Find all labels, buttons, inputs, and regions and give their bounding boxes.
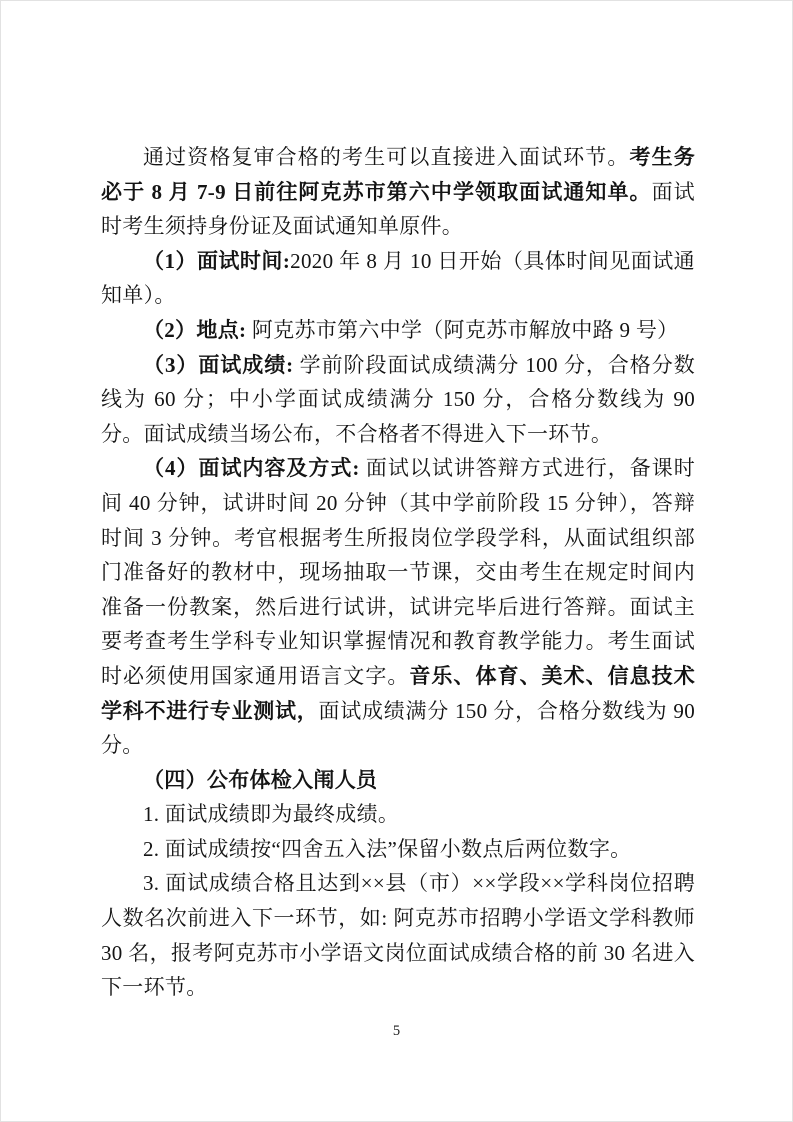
paragraph: 通过资格复审合格的考生可以直接进入面试环节。考生务必于 8 月 7-9 日前往阿… — [101, 140, 695, 244]
page-number: 5 — [1, 1023, 792, 1040]
text-run: 1. 面试成绩即为最终成绩。 — [143, 802, 399, 826]
paragraph: （2）地点: 阿克苏市第六中学（阿克苏市解放中路 9 号） — [101, 313, 695, 348]
bold-text-run: （四）公布体检入闱人员 — [143, 768, 377, 792]
paragraph: 2. 面试成绩按“四舍五入法”保留小数点后两位数字。 — [101, 832, 695, 867]
text-run: 3. 面试成绩合格且达到××县（市）××学段××学科岗位招聘人数名次前进入下一环… — [101, 871, 695, 999]
bold-text-run: （4）面试内容及方式: — [143, 456, 360, 480]
paragraph: （3）面试成绩: 学前阶段面试成绩满分 100 分，合格分数线为 60 分；中小… — [101, 348, 695, 452]
bold-text-run: （1）面试时间: — [143, 249, 290, 273]
text-run: 面试以试讲答辩方式进行，备课时间 40 分钟，试讲时间 20 分钟（其中学前阶段… — [101, 456, 695, 688]
document-page: 通过资格复审合格的考生可以直接进入面试环节。考生务必于 8 月 7-9 日前往阿… — [0, 0, 793, 1122]
text-run: 通过资格复审合格的考生可以直接进入面试环节。 — [143, 145, 629, 169]
paragraph: （1）面试时间:2020 年 8 月 10 日开始（具体时间见面试通知单）。 — [101, 244, 695, 313]
paragraph: 1. 面试成绩即为最终成绩。 — [101, 797, 695, 832]
document-body: 通过资格复审合格的考生可以直接进入面试环节。考生务必于 8 月 7-9 日前往阿… — [101, 140, 695, 1005]
text-run: 阿克苏市第六中学（阿克苏市解放中路 9 号） — [246, 318, 678, 342]
bold-text-run: （2）地点: — [143, 318, 246, 342]
paragraph: （4）面试内容及方式: 面试以试讲答辩方式进行，备课时间 40 分钟，试讲时间 … — [101, 451, 695, 762]
paragraph: 3. 面试成绩合格且达到××县（市）××学段××学科岗位招聘人数名次前进入下一环… — [101, 866, 695, 1004]
bold-text-run: （3）面试成绩: — [143, 353, 293, 377]
text-run: 2. 面试成绩按“四舍五入法”保留小数点后两位数字。 — [143, 837, 631, 861]
paragraph: （四）公布体检入闱人员 — [101, 763, 695, 798]
